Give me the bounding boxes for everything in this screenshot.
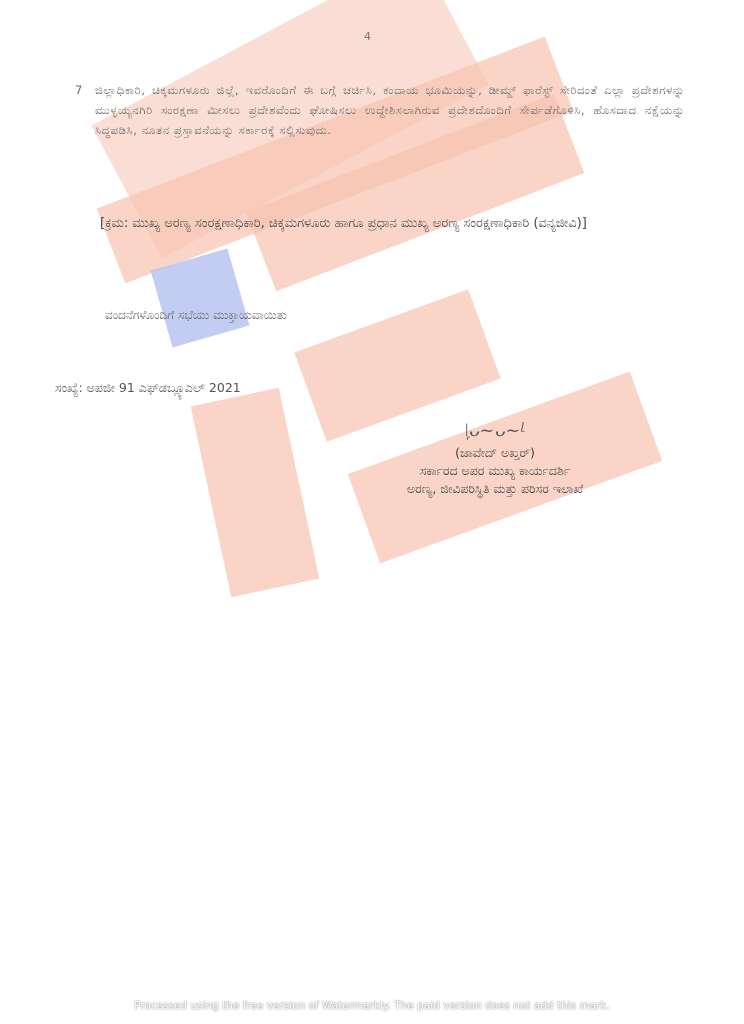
signature-mark: ǀ᷊ᴗ~ᴗ~ᶩ	[330, 420, 660, 444]
item-text: ಜಿಲ್ಲಾಧಿಕಾರಿ, ಚಿಕ್ಕಮಗಳೂರು ಜಿಲ್ಲೆ, ಇವರೊಂದ…	[75, 80, 685, 140]
item-number: 7	[75, 80, 83, 100]
watermark-shape	[294, 289, 500, 442]
signatory-designation: ಸರ್ಕಾರದ ಅಪರ ಮುಖ್ಯ ಕಾರ್ಯದರ್ಶಿ	[330, 462, 660, 480]
action-note: [ಕ್ರಮ: ಮುಖ್ಯ ಅರಣ್ಯ ಸಂರಕ್ಷಣಾಧಿಕಾರಿ, ಚಿಕ್ಕ…	[100, 212, 710, 236]
page-number: 4	[364, 30, 371, 43]
signatory-name: (ಜಾವೇದ್ ಅಖ್ತರ್)	[330, 444, 660, 462]
item-paragraph: 7 ಜಿಲ್ಲಾಧಿಕಾರಿ, ಚಿಕ್ಕಮಗಳೂರು ಜಿಲ್ಲೆ, ಇವರೊ…	[75, 80, 685, 140]
signature-block: ǀ᷊ᴗ~ᴗ~ᶩ (ಜಾವೇದ್ ಅಖ್ತರ್) ಸರ್ಕಾರದ ಅಪರ ಮುಖ್…	[330, 420, 660, 498]
closing-line: ವಂದನೆಗಳೊಂದಿಗೆ ಸಭೆಯು ಮುಕ್ತಾಯವಾಯಿತು	[105, 308, 287, 323]
watermark-shape	[191, 388, 320, 597]
reference-number: ಸಂಖ್ಯೆ: ಅಪಜೀ 91 ಎಫ್‌ಡಬ್ಲ್ಯೂಎಲ್ 2021	[55, 380, 241, 396]
watermark-notice: Processed using the free version of Wate…	[0, 1000, 744, 1012]
signatory-department: ಅರಣ್ಯ, ಜೀವಿಪರಿಸ್ಥಿತಿ ಮತ್ತು ಪರಿಸರ ಇಲಾಖೆ	[330, 480, 660, 498]
